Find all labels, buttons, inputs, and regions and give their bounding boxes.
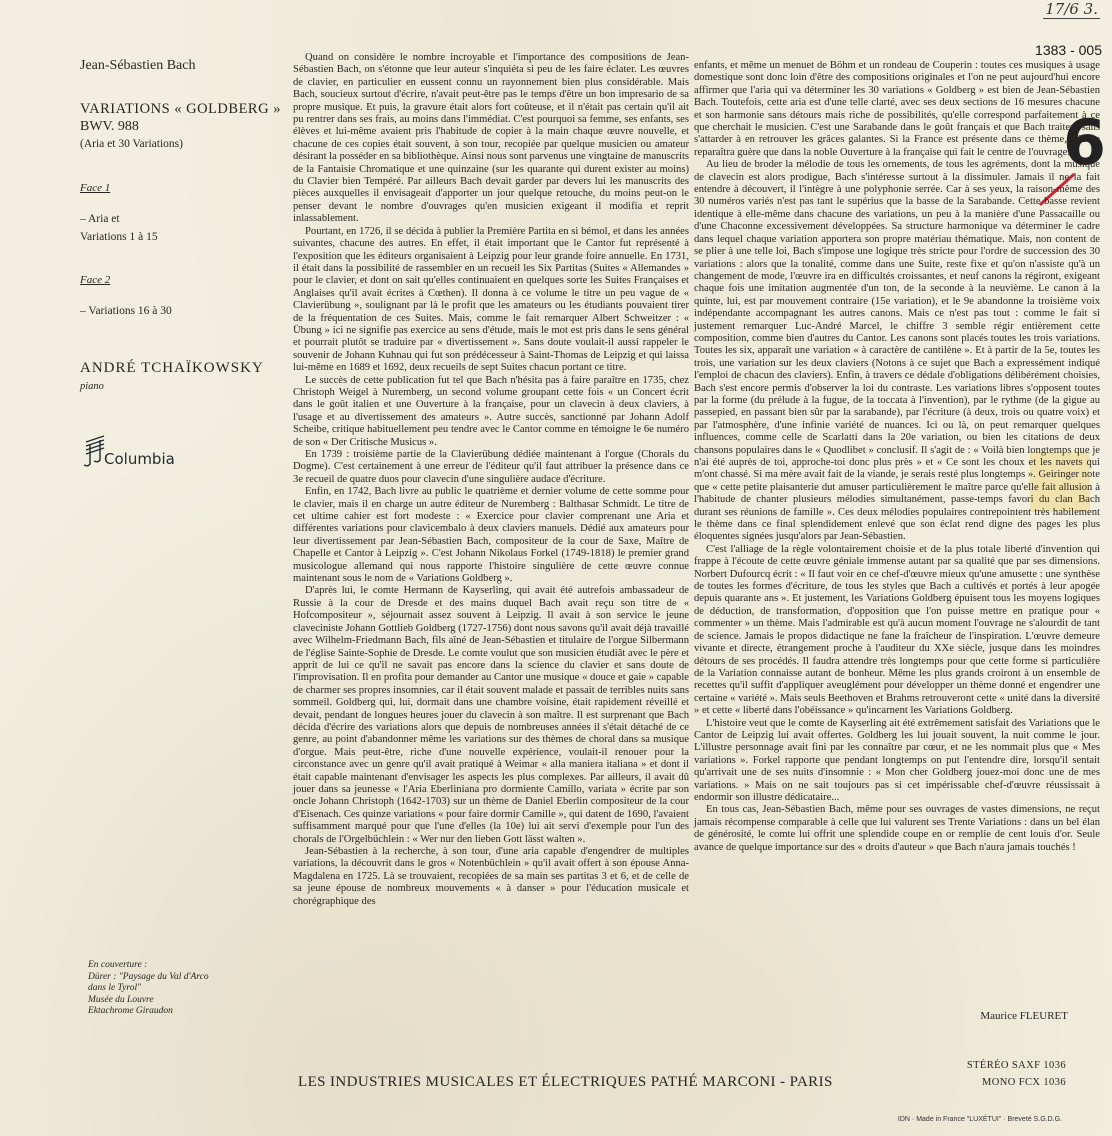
mono-number: MONO FCX 1036 xyxy=(967,1074,1066,1091)
label-name: Columbia xyxy=(104,450,175,468)
paragraph: D'après lui, le comte Hermann de Kayserl… xyxy=(293,585,689,846)
album-info: Jean-Sébastien Bach VARIATIONS « GOLDBER… xyxy=(80,58,290,468)
catalogue-bwv: BWV. 988 xyxy=(80,118,290,136)
cover-credits: En couverture : Dürer : "Paysage du Val … xyxy=(88,960,288,1018)
handwritten-note: 17/6 3. xyxy=(1043,0,1100,19)
paragraph: Pourtant, en 1726, il se décida à publie… xyxy=(293,226,689,375)
paragraph: Enfin, en 1742, Bach livre au public le … xyxy=(293,486,689,585)
face2-tracks: – Variations 16 à 30 xyxy=(80,302,290,320)
catalog-number: 1383 - 005 xyxy=(1035,42,1102,58)
paragraph: L'histoire veut que le comte de Kayserli… xyxy=(694,718,1100,805)
performer: ANDRÉ TCHAÏKOWSKY xyxy=(80,360,290,377)
publisher: LES INDUSTRIES MUSICALES ET ÉLECTRIQUES … xyxy=(298,1074,833,1091)
author-signature: Maurice FLEURET xyxy=(980,1010,1068,1022)
liner-notes-column-1: Quand on considère le nombre incroyable … xyxy=(293,52,689,908)
paragraph: Le succès de cette publication fut tel q… xyxy=(293,375,689,449)
paragraph: C'est l'alliage de la règle volontaireme… xyxy=(694,544,1100,718)
paragraph: Au lieu de broder la mélodie de tous les… xyxy=(694,159,1100,544)
work-subtitle: (Aria et 30 Variations) xyxy=(80,136,290,152)
work-title: VARIATIONS « GOLDBERG » xyxy=(80,100,290,118)
paragraph: enfants, et même un menuet de Böhm et un… xyxy=(694,60,1100,159)
face1-tracks: – Aria et Variations 1 à 15 xyxy=(80,210,290,246)
music-staff-icon xyxy=(80,434,106,468)
fineprint: IDN · Made in France "LUXÉTUI" · Breveté… xyxy=(898,1116,1062,1123)
liner-notes-column-2: enfants, et même un menuet de Böhm et un… xyxy=(694,60,1100,854)
face2-label: Face 2 xyxy=(80,274,290,286)
paragraph: Jean-Sébastien à la recherche, à son tou… xyxy=(293,846,689,908)
paragraph: En 1739 : troisième partie de la Clavier… xyxy=(293,449,689,486)
instrument: piano xyxy=(80,381,290,392)
face1-label: Face 1 xyxy=(80,182,290,194)
catalogue-numbers: STÉRÉO SAXF 1036 MONO FCX 1036 xyxy=(967,1057,1066,1091)
paragraph: En tous cas, Jean-Sébastien Bach, même p… xyxy=(694,804,1100,854)
columbia-logo: Columbia xyxy=(80,434,290,468)
composer: Jean-Sébastien Bach xyxy=(80,58,290,74)
stereo-number: STÉRÉO SAXF 1036 xyxy=(967,1057,1066,1074)
paragraph: Quand on considère le nombre incroyable … xyxy=(293,52,689,226)
